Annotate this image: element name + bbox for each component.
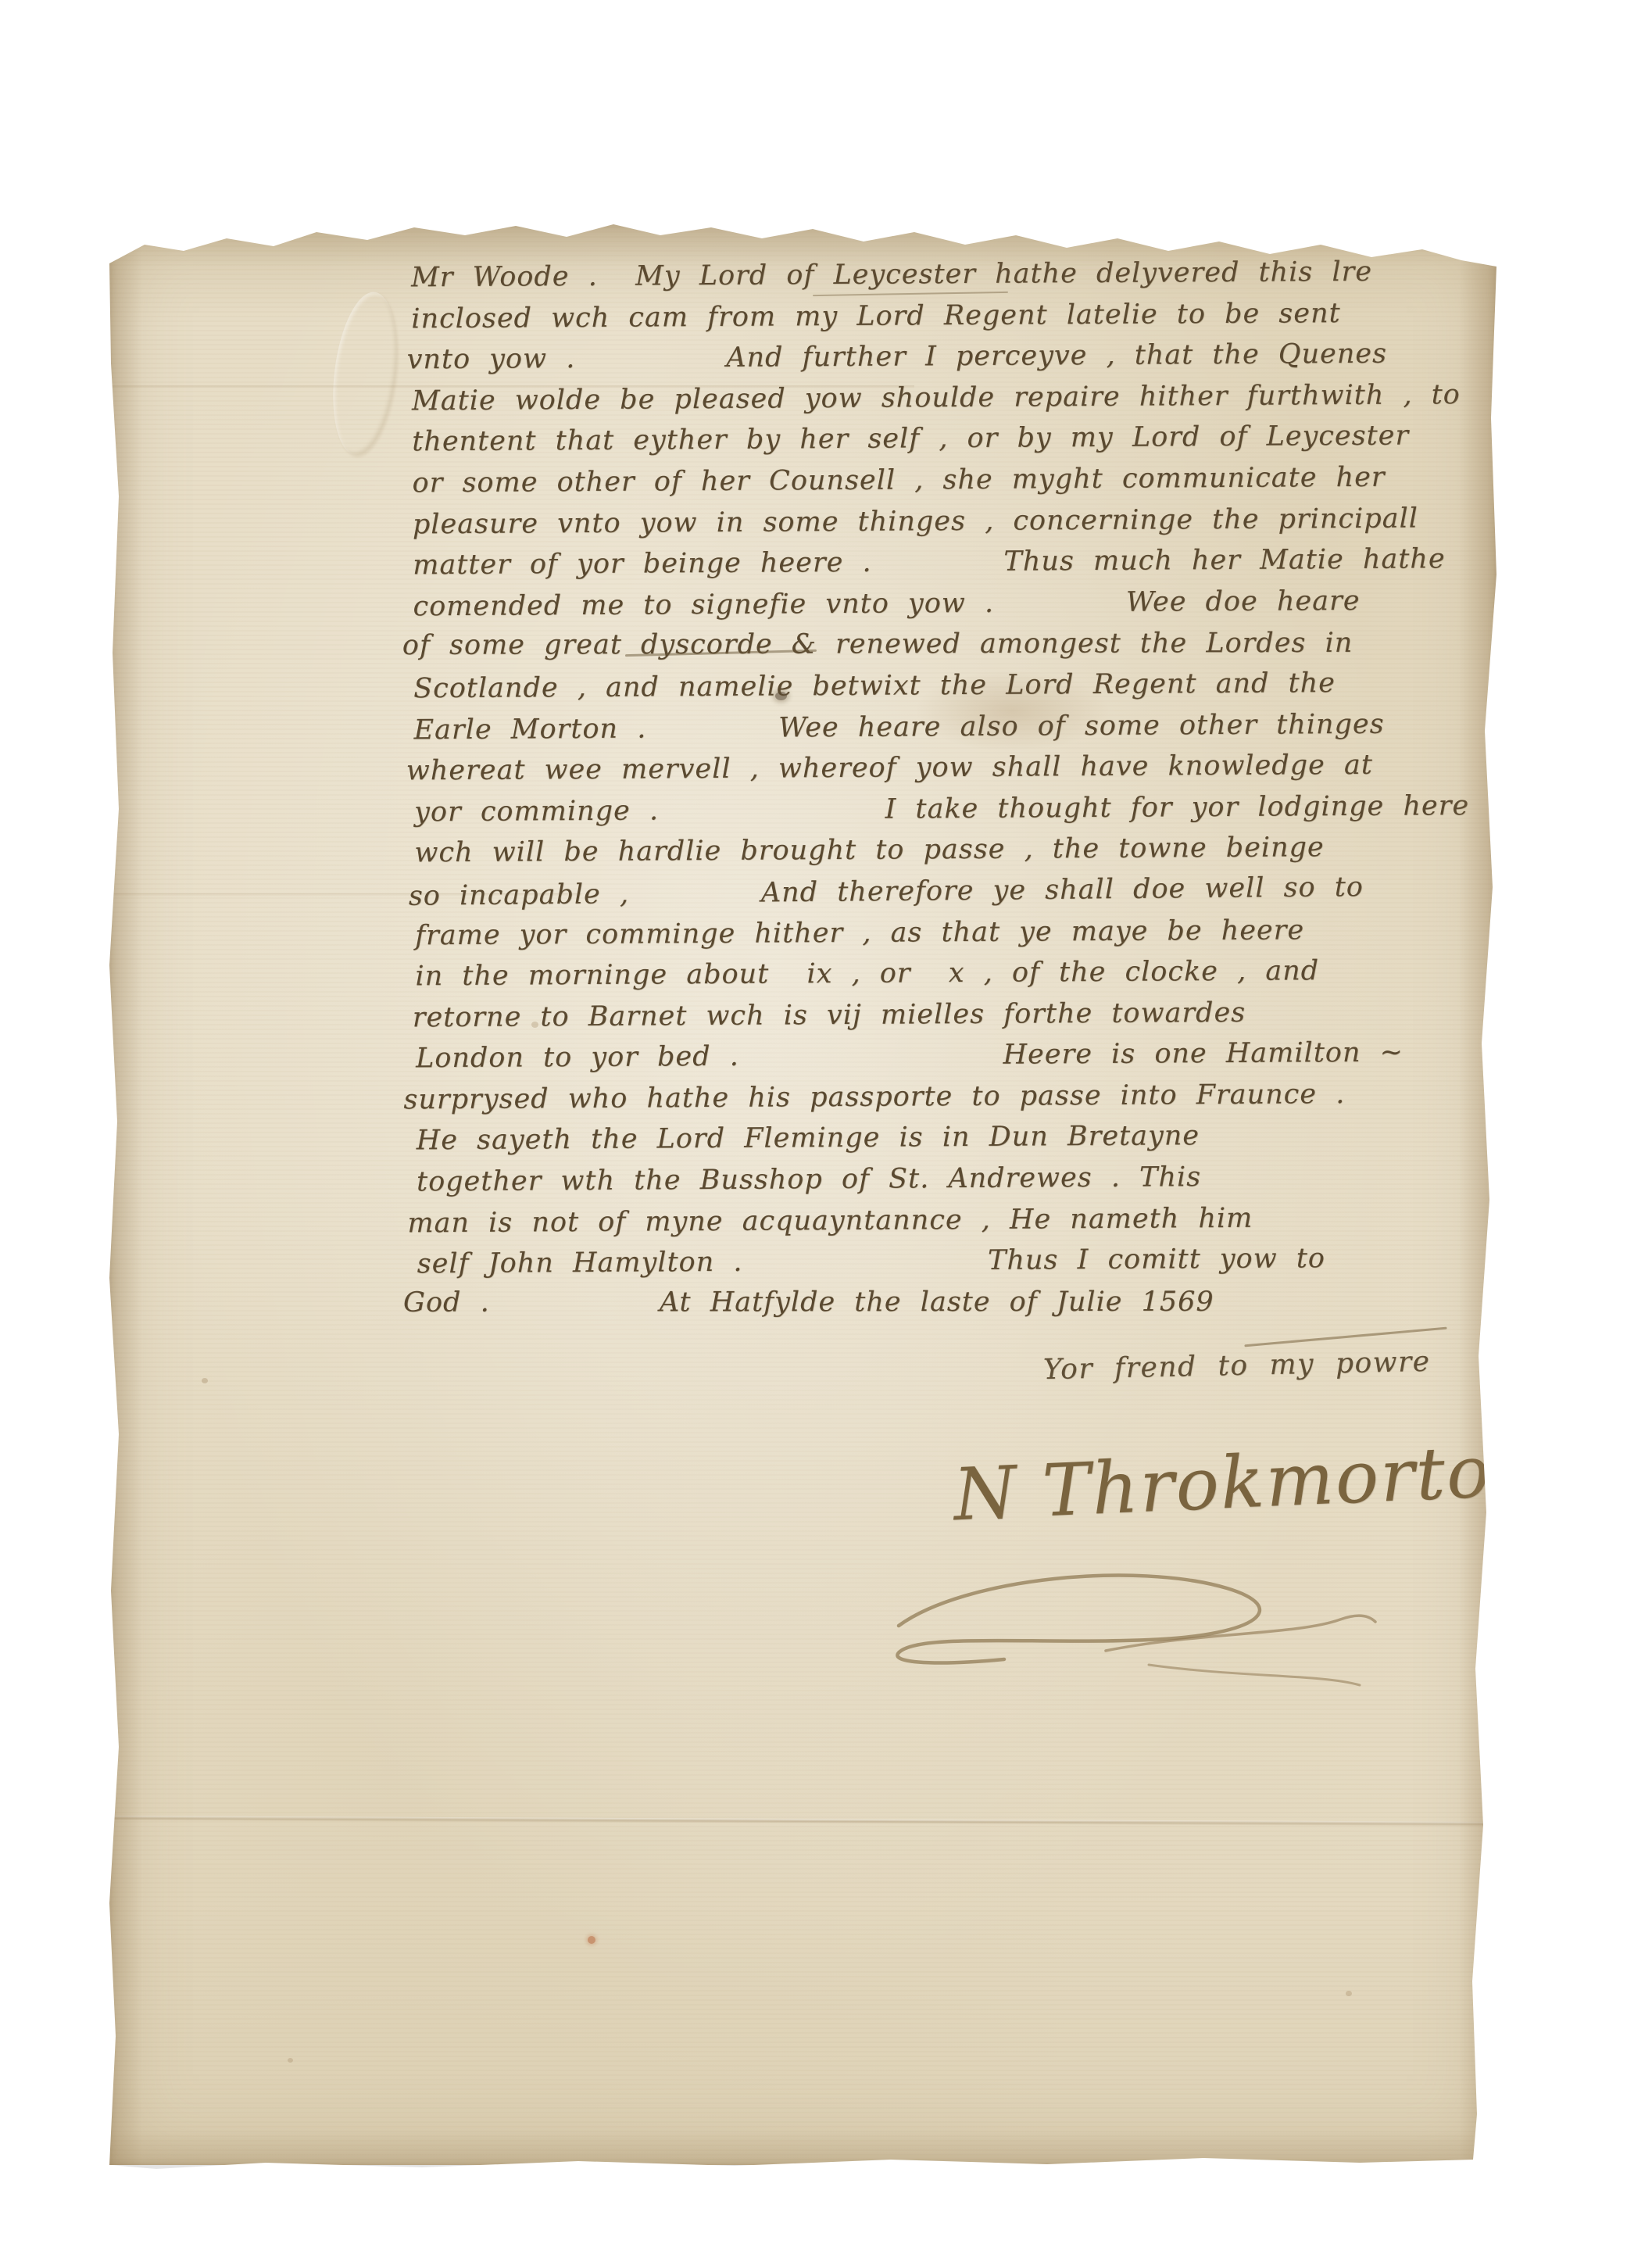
manuscript-line: surprysed who hathe his passporte to pas… [403, 1073, 1513, 1121]
manuscript-line: Earle Morton . Wee heare also of some ot… [413, 703, 1523, 750]
fold-crease [109, 1816, 1496, 1827]
signature-flourish [871, 1548, 1387, 1704]
manuscript-line: London to yor bed . Heere is one Hamilto… [416, 1032, 1525, 1079]
manuscript-line: frame yor comminge hither , as that ye m… [415, 908, 1525, 956]
manuscript-line: pleasure vnto yow in some thinges , conc… [413, 497, 1522, 545]
letter-closing: Yor frend to my powre [1043, 1346, 1431, 1386]
stain-spot [288, 2058, 293, 2063]
manuscript-line: retorne to Barnet wch is vij mielles for… [413, 990, 1522, 1038]
manuscript-line: man is not of myne acquayntannce , He na… [407, 1196, 1517, 1244]
manuscript-line: thentent that eyther by her self , or by… [412, 415, 1521, 463]
manuscript-line: inclosed wch cam from my Lord Regent lat… [411, 292, 1521, 339]
manuscript-line: or some other of her Counsell , she mygh… [412, 456, 1521, 504]
manuscript-line: comended me to signefie vnto yow . Wee d… [413, 579, 1522, 627]
stain-spot [202, 1378, 208, 1383]
letter-page: Mr Woode . My Lord of Leycester hathe de… [109, 223, 1496, 2165]
embossed-seal [324, 288, 405, 459]
manuscript-line: Scotlande , and namelie betwixt the Lord… [413, 662, 1523, 710]
scanned-letter-background: Mr Woode . My Lord of Leycester hathe de… [0, 0, 1652, 2251]
manuscript-line: yor comminge . I take thought for yor lo… [414, 785, 1524, 832]
manuscript-line: God . At Hatfylde the laste of Julie 156… [403, 1281, 1513, 1323]
manuscript-line: Matie wolde be pleased yow shoulde repai… [412, 374, 1521, 421]
manuscript-line: in the morninge about ix , or x , of the… [415, 950, 1525, 997]
manuscript-line: of some great dyscorde & renewed amonges… [402, 623, 1512, 667]
manuscript-line: together wth the Busshop of St. Andrewes… [417, 1155, 1526, 1203]
manuscript-line: He sayeth the Lord Fleminge is in Dun Br… [417, 1114, 1526, 1161]
manuscript-line: whereat wee mervell , whereof yow shall … [406, 744, 1516, 792]
underline-stroke [1244, 1327, 1446, 1347]
letter-body: Mr Woode . My Lord of Leycester hathe de… [411, 251, 1527, 1326]
manuscript-line: self John Hamylton . Thus I comitt yow t… [417, 1237, 1527, 1285]
manuscript-line: matter of yor beinge heere . Thus much h… [413, 539, 1522, 586]
signature: N Throkmorton [952, 1428, 1541, 1537]
stain-spot [588, 1936, 595, 1944]
stain-spot [1346, 1991, 1352, 1996]
manuscript-line: vnto yow . And further I perceyve , that… [406, 333, 1516, 381]
